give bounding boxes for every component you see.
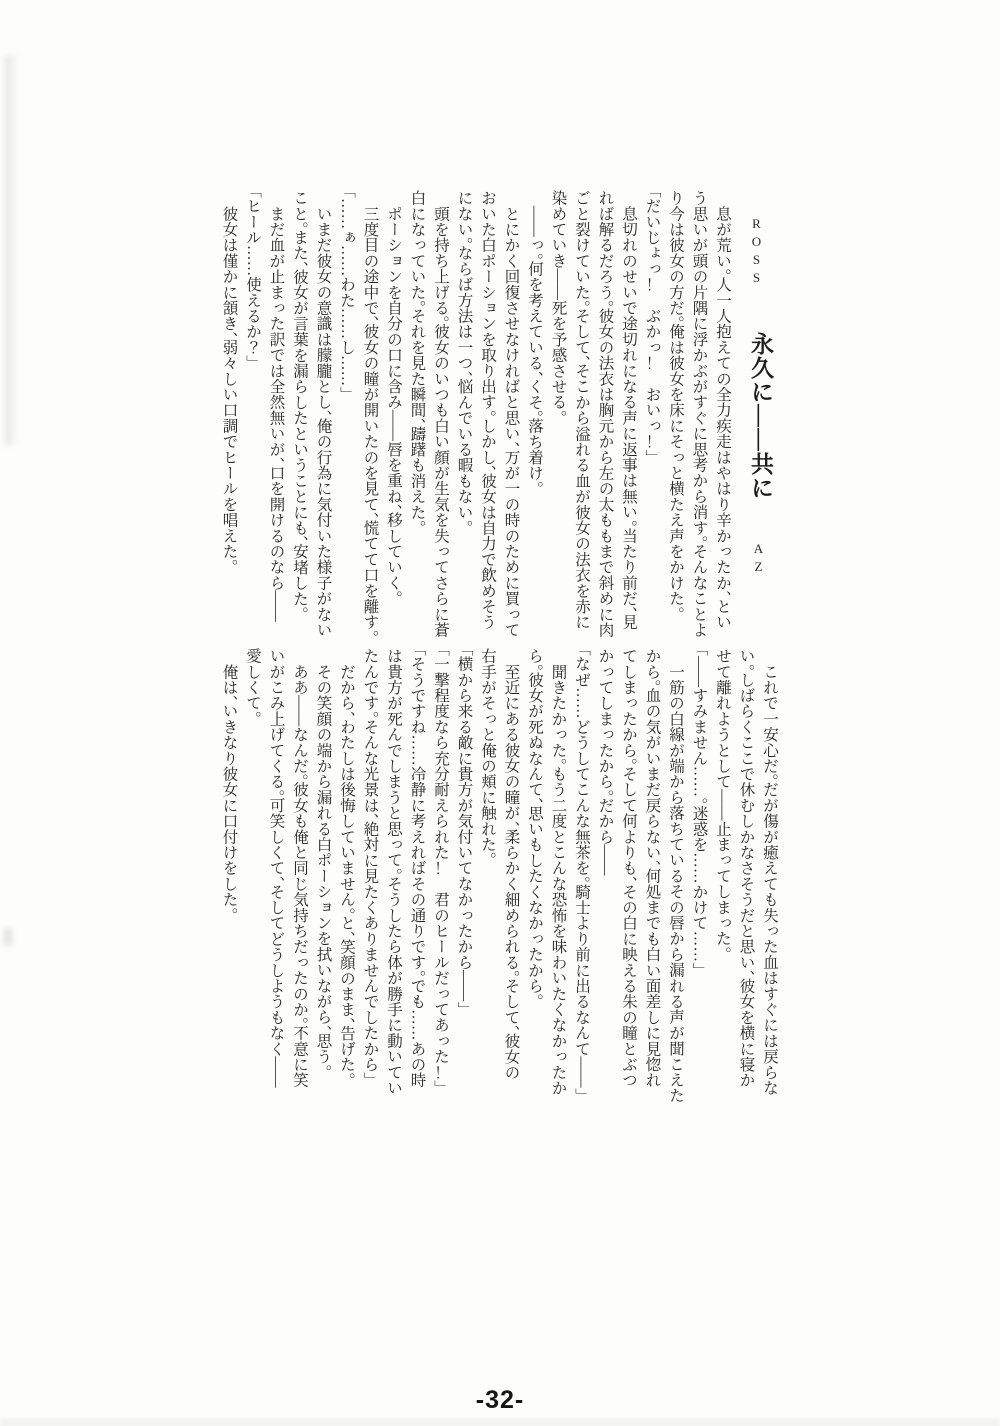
text-line: 「横から来る敵に貴方が気付いてなかったから——」 [452,648,476,1103]
text-line: い。しばらくここで休むしかなさそうだと思い、彼女を横に寝か [734,648,758,1103]
text-line: とにかく回復させなければと思い、万が一の時のために買って [499,190,523,638]
text-line: 「だいじょっ！ ぶかっ！ おいっ！」 [640,190,664,638]
text-line: 息が荒い。人一人抱えての全力疾走はやはり辛かったか、とい [711,190,735,638]
text-line: 「なぜ……どうしてこんな無茶を。騎士より前に出るなんて——」 [570,648,594,1103]
text-line: てしまったから。そして何よりも、その白に映える朱の瞳とぶつ [617,648,641,1103]
text-line: 「そうですね……冷静に考えればその通りです。でも……あの時 [405,648,429,1103]
text-line: ——っ。何を考えている、くそ。落ち着け。 [523,190,547,638]
scan-shadow-artifact [5,55,21,445]
text-line: その笑顔の端から漏れる白ポーションを拭いながら、思う。 [311,648,335,1103]
author-name: AZ [750,541,766,577]
text-line: 頭を持ち上げる。彼女のいつも白い顔が生気を失ってさらに蒼 [429,190,453,638]
text-line: う思いが頭の片隅に浮かぶがすぐに思考から消す。そんなことよ [687,190,711,638]
text-line: 愛しくて。 [241,648,265,1103]
text-line: り今は彼女の方だ。俺は彼女を床にそっと横たえ声をかけた。 [664,190,688,638]
text-line: 一筋の白線が端から落ちているその唇から漏れる声が聞こえた [664,648,688,1103]
scan-bottom-edge-artifact [0,1416,1000,1426]
text-line: 「——すみません……。迷惑を……かけて……」 [687,648,711,1103]
text-line: いがこみ上げてくる。可笑しくて、そしてどうしようもなく—— [264,648,288,1103]
circle-name: ROSS [748,216,764,288]
text-line: 右手がそっと俺の頬に触れた。 [476,648,500,1103]
text-line: れば解るだろう。彼女の法衣は胸元から左の太ももまで斜めに肉 [593,190,617,638]
text-line: 「……ぁ……わた……し……」 [335,190,359,638]
text-line: 息切れのせいで途切れになる声に返事は無い。当たり前だ、見 [617,190,641,638]
text-line: かってしまったから。だから—— [593,648,617,1103]
text-line: 俺は、いきなり彼女に口付けをした。 [217,648,241,1103]
text-line: せて離れようとして——止まってしまった。 [711,648,735,1103]
text-line: にない。ならば方法は一つ、悩んでいる暇もない。 [452,190,476,638]
story-title: 永久に——共に [744,332,777,500]
text-line: 彼女は僅かに頷き、弱々しい口調でヒールを唱えた。 [217,190,241,638]
text-line: ポーションを自分の口に含み——唇を重ね、移していく。 [382,190,406,638]
page-number: -32- [0,1386,1000,1415]
text-line: まだ血が止まった訳では全然無いが、口を開けるのなら—— [264,190,288,638]
story-text-block-bottom: これで一安心だ。だが傷が癒えても失った血はすぐには戻らない。しばらくここで休むし… [217,648,781,1103]
text-line: たんです。そんな光景は、絶対に見たくありませんでしたから」 [358,648,382,1103]
text-line: これで一安心だ。だが傷が癒えても失った血はすぐには戻らな [758,648,782,1103]
story-text-block-top: 息が荒い。人一人抱えての全力疾走はやはり辛かったか、という思いが頭の片隅に浮かぶ… [217,190,734,638]
text-line: 三度目の途中で、彼女の瞳が開いたのを見て、慌てて口を離す。 [358,190,382,638]
text-line: から。血の気がいまだ戻らない、何処までも白い面差しに見惚れ [640,648,664,1103]
text-line: 「ヒール……使えるか？」 [241,190,265,638]
text-line: 至近にある彼女の瞳が、柔らかく細められる。そして、彼女の [499,648,523,1103]
text-line: おいた白ポーションを取り出す。しかし、彼女は自力で飲めそう [476,190,500,638]
text-line: 「一撃程度なら充分耐えられた！ 君のヒールだってあった！」 [429,648,453,1103]
text-line: ああ——なんだ。彼女も俺と同じ気持ちだったのか。不意に笑 [288,648,312,1103]
text-line: ごと裂けていた。そして、そこから溢れる血が彼女の法衣を赤に [570,190,594,638]
text-line: は貴方が死んでしまうと思って。そうしたら体が勝手に動いてい [382,648,406,1103]
text-line: ら。彼女が死ぬなんて、思いもしたくなかったから。 [523,648,547,1103]
text-line: 白になっていた。それを見た瞬間、躊躇も消えた。 [405,190,429,638]
text-line: いまだ彼女の意識は朦朧とし、俺の行為に気付いた様子がない [311,190,335,638]
text-line: こと。また、彼女が言葉を漏らしたということにも、安堵した。 [288,190,312,638]
text-line: だから、わたしは後悔していません。と、笑顔のまま、告げた。 [335,648,359,1103]
scanned-novel-page: ROSS 永久に——共に AZ 息が荒い。人一人抱えての全力疾走はやはり辛かった… [0,0,1000,1426]
text-line: 染めていき——死を予感させる。 [546,190,570,638]
scan-smudge-artifact [4,928,12,946]
text-line: 聞きたかった。もう二度とこんな恐怖を味わいたくなかったか [546,648,570,1103]
